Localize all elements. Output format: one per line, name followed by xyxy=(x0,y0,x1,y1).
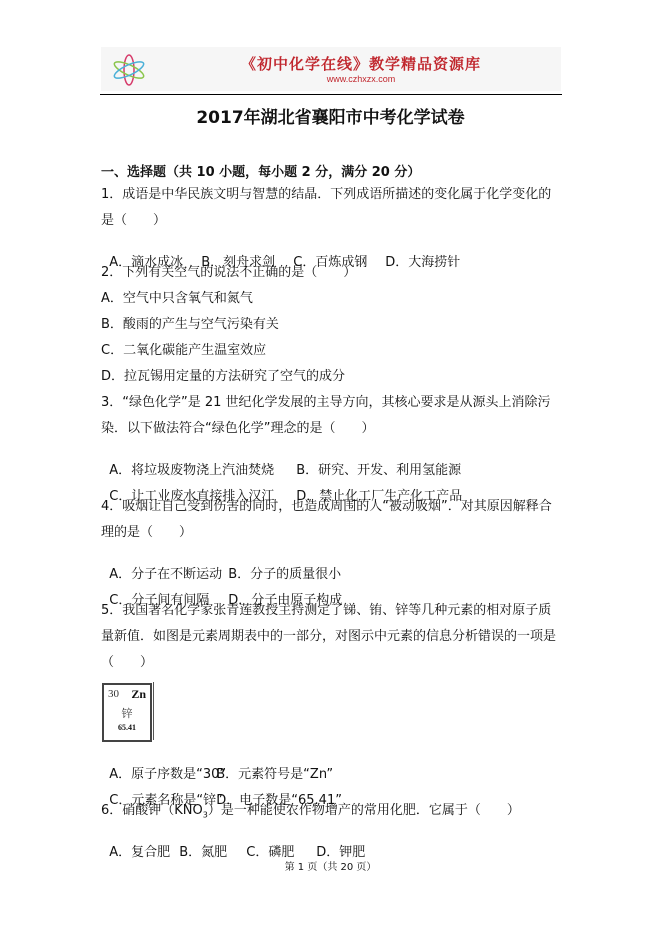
atomic-number: 30 xyxy=(108,688,119,700)
header-divider xyxy=(100,94,562,95)
question-6-line-1: 6．硝酸钾（KNO3）是一种能使农作物增产的常用化肥．它属于（ ） xyxy=(101,803,520,824)
question-5-line-1: 5．我国著名化学家张青莲教授主持测定了锑、铕、锌等几种元素的相对原子质 xyxy=(101,603,551,619)
element-symbol: Zn xyxy=(131,687,146,702)
question-5-line-3: （ ） xyxy=(101,655,153,671)
question-2-option-a: A．空气中只含氧气和氮气 xyxy=(101,291,253,307)
question-1-line-2: 是（ ） xyxy=(101,213,166,229)
page-number: 第 1 页（共 20 页） xyxy=(0,858,661,873)
question-6-text-start: 6．硝酸钾（KNO xyxy=(101,803,203,818)
question-2-line-1: 2．下列有关空气的说法不正确的是（ ） xyxy=(101,265,356,281)
header-banner: 《初中化学在线》教学精品资源库 www.czhxzx.com xyxy=(101,47,561,91)
document-title: 2017年湖北省襄阳市中考化学试卷 xyxy=(0,103,661,128)
question-4-line-2: 理的是（ ） xyxy=(101,525,192,541)
question-6-text-end: ）是一种能使农作物增产的常用化肥．它属于（ ） xyxy=(208,803,520,818)
section-heading: 一、选择题（共 10 小题，每小题 2 分，满分 20 分） xyxy=(101,161,420,180)
question-4-line-1: 4．吸烟让自己受到伤害的同时，也造成周围的人“被动吸烟”．对其原因解释合 xyxy=(101,499,552,515)
banner-url: www.czhxzx.com xyxy=(101,74,561,84)
question-3-line-1: 3．“绿色化学”是 21 世纪化学发展的主导方向，其核心要求是从源头上消除污 xyxy=(101,395,551,411)
question-1-line-1: 1．成语是中华民族文明与智慧的结晶．下列成语所描述的变化属于化学变化的 xyxy=(101,187,551,203)
question-6-options: A．复合肥B．氮肥C．磷肥D．钾肥 xyxy=(101,829,365,861)
option-d: D．大海捞针 xyxy=(385,255,460,271)
question-2-option-c: C．二氧化碳能产生温室效应 xyxy=(101,343,266,359)
question-2-option-b: B．酸雨的产生与空气污染有关 xyxy=(101,317,279,333)
periodic-table-cell-zinc: 30 Zn 锌 65.41 xyxy=(102,683,152,742)
question-3-line-2: 染．以下做法符合“绿色化学”理念的是（ ） xyxy=(101,421,374,437)
banner-title: 《初中化学在线》教学精品资源库 xyxy=(101,53,561,74)
question-2-option-d: D．拉瓦锡用定量的方法研究了空气的成分 xyxy=(101,369,345,385)
atomic-mass: 65.41 xyxy=(104,723,150,732)
element-name: 锌 xyxy=(104,705,150,721)
question-5-line-2: 量新值．如图是元素周期表中的一部分，对图示中元素的信息分析错误的一项是 xyxy=(101,629,556,645)
figure-edge-line xyxy=(153,682,154,740)
